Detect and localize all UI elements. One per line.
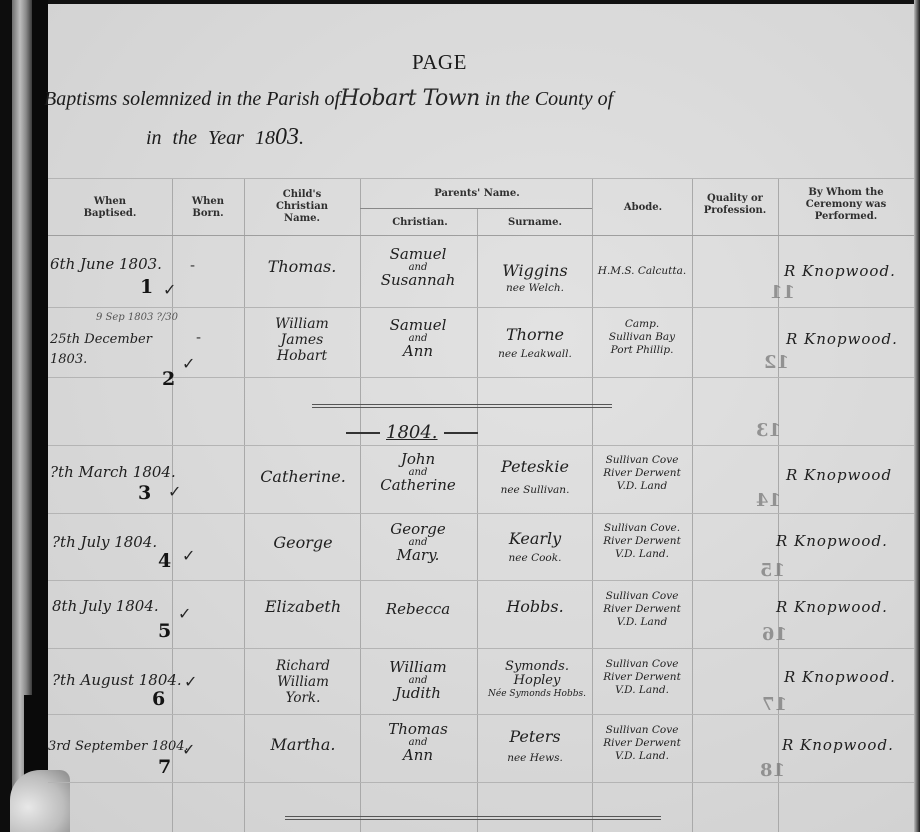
header-parents-name: Parents' Name. bbox=[392, 188, 562, 200]
col-divider bbox=[244, 178, 245, 832]
surname-note: nee Cook. bbox=[482, 552, 588, 565]
abode-line-2: River Derwent bbox=[596, 603, 688, 616]
row-rule bbox=[48, 307, 914, 308]
father-name: John bbox=[401, 450, 435, 468]
book-binding bbox=[0, 0, 12, 832]
abode: Sullivan Cove. River Derwent V.D. Land. bbox=[596, 522, 688, 561]
year-period: . bbox=[299, 127, 304, 149]
father-name: George bbox=[390, 520, 446, 538]
row-rule bbox=[48, 445, 914, 446]
entry-number: 4 bbox=[158, 550, 171, 572]
when-baptised: ?th August 1804. bbox=[52, 672, 182, 689]
bleed-through-number: 12 bbox=[764, 352, 789, 373]
header-performed-by: By Whom the Ceremony was Performed. bbox=[790, 187, 902, 223]
parents-christian: Samuel and Susannah bbox=[362, 247, 474, 288]
bleed-through-number: 13 bbox=[756, 420, 781, 441]
surname: Peteskie bbox=[482, 458, 588, 475]
bleed-through-number: 17 bbox=[762, 694, 787, 715]
performed-by: R Knopwood. bbox=[784, 262, 896, 280]
mother-name: Catherine bbox=[380, 476, 456, 494]
when-baptised: 3rd September 1804. bbox=[48, 738, 189, 755]
section-year-heading: 1804. bbox=[340, 422, 484, 443]
header-quality-profession: Quality or Profession. bbox=[697, 193, 773, 217]
father-name: Samuel bbox=[390, 316, 447, 334]
register-title: Baptisms solemnized in the Parish ofHoba… bbox=[44, 86, 613, 111]
heading-rule-left bbox=[346, 432, 380, 434]
header-when-baptised: When Baptised. bbox=[70, 196, 150, 220]
abode: Sullivan Cove River Derwent V.D. Land bbox=[596, 590, 688, 629]
abode-line-1: Camp. bbox=[596, 318, 688, 331]
parents-christian: Thomas and Ann bbox=[362, 722, 474, 763]
entry-number: 6 bbox=[152, 688, 165, 710]
child-middle-name: James bbox=[252, 332, 352, 348]
when-born: - bbox=[190, 258, 195, 274]
col-divider bbox=[692, 178, 693, 832]
when-born: - bbox=[196, 330, 201, 346]
abode-line-3: V.D. Land. bbox=[596, 684, 688, 697]
when-baptised: ?th July 1804. bbox=[52, 534, 157, 551]
year-printed: 18 bbox=[255, 127, 275, 149]
header-child-name: Child's Christian Name. bbox=[262, 189, 342, 225]
abode-line-1: Sullivan Cove bbox=[596, 454, 688, 467]
abode: Sullivan Cove River Derwent V.D. Land. bbox=[596, 658, 688, 697]
abode-line-1: Sullivan Cove. bbox=[596, 522, 688, 535]
performed-by: R Knopwood. bbox=[784, 668, 896, 686]
closing-double-rule bbox=[285, 816, 661, 820]
abode: Sullivan Cove River Derwent V.D. Land. bbox=[596, 724, 688, 763]
entry-number: 2 bbox=[162, 368, 175, 390]
header-parents-christian: Christian. bbox=[370, 217, 470, 229]
father-name: Thomas bbox=[388, 720, 448, 738]
parents-christian: Samuel and Ann bbox=[362, 318, 474, 359]
when-baptised: 8th July 1804. bbox=[52, 598, 159, 615]
header-parents-surname: Surname. bbox=[485, 217, 585, 229]
abode-line-2: River Derwent bbox=[596, 467, 688, 480]
abode-line-2: Sullivan Bay bbox=[596, 331, 688, 344]
page-gutter-tab bbox=[24, 695, 48, 775]
child-first-name: William bbox=[252, 316, 352, 332]
child-name: William James Hobart bbox=[252, 316, 352, 364]
col-divider bbox=[360, 178, 361, 832]
child-name: Martha. bbox=[250, 736, 356, 753]
surname-note: Née Symonds Hobbs. bbox=[482, 688, 592, 700]
entry-number: 3 bbox=[138, 482, 151, 504]
section-double-rule bbox=[312, 404, 612, 408]
check-mark-icon: ✓ bbox=[178, 604, 191, 623]
torn-corner bbox=[10, 770, 70, 832]
surname: Wiggins bbox=[482, 262, 588, 279]
bleed-through-number: 16 bbox=[762, 624, 787, 645]
abode-line-3: V.D. Land. bbox=[596, 750, 688, 763]
check-mark-icon: ✓ bbox=[182, 740, 195, 759]
surname-note: nee Leakwall. bbox=[482, 348, 588, 361]
mother-name: Judith bbox=[395, 684, 441, 702]
surname-note: nee Welch. bbox=[482, 282, 588, 295]
abode-line-3: V.D. Land bbox=[596, 480, 688, 493]
row-rule bbox=[48, 648, 914, 649]
entry-number: 1 bbox=[140, 276, 153, 298]
surname: Hobbs. bbox=[482, 598, 588, 615]
parish-name: Hobart Town bbox=[340, 86, 480, 111]
surname-note: nee Sullivan. bbox=[482, 484, 588, 497]
child-third-name: York. bbox=[250, 690, 356, 706]
check-mark-icon: ✓ bbox=[168, 482, 181, 501]
row-rule bbox=[48, 782, 914, 783]
when-baptised: 25th December 1803. bbox=[50, 330, 160, 370]
child-middle-name: William bbox=[250, 674, 356, 690]
abode-line-1: Sullivan Cove bbox=[596, 658, 688, 671]
child-name: George bbox=[248, 534, 358, 551]
parents-christian: George and Mary. bbox=[362, 522, 474, 563]
mother-name: Susannah bbox=[381, 271, 456, 289]
when-baptised: ?th March 1804. bbox=[50, 464, 176, 481]
father-name: Samuel bbox=[390, 245, 447, 263]
col-divider bbox=[172, 178, 173, 832]
child-name: Catherine. bbox=[248, 468, 358, 485]
heading-rule-right bbox=[444, 432, 478, 434]
mother-name: Mary. bbox=[397, 546, 440, 564]
abode-line-3: V.D. Land. bbox=[596, 548, 688, 561]
abode-line-1: Sullivan Cove bbox=[596, 590, 688, 603]
year-1804: 1804. bbox=[386, 422, 438, 443]
title-suffix: in the County of bbox=[485, 88, 613, 110]
check-mark-icon: ✓ bbox=[182, 354, 195, 373]
register-year: in the Year 1803. bbox=[146, 124, 304, 151]
check-mark-icon: ✓ bbox=[184, 672, 197, 691]
entry-number: 7 bbox=[158, 756, 171, 778]
surname-line-1: Symonds. bbox=[482, 660, 592, 674]
abode: H.M.S. Calcutta. bbox=[596, 265, 688, 278]
page-label: PAGE bbox=[412, 50, 467, 75]
child-name: Thomas. bbox=[252, 258, 352, 275]
header-top-rule bbox=[48, 178, 914, 179]
row-rule bbox=[48, 513, 914, 514]
performed-by: R Knopwood. bbox=[782, 736, 894, 754]
abode-line-1: Sullivan Cove bbox=[596, 724, 688, 737]
abode-line-2: River Derwent bbox=[596, 737, 688, 750]
bleed-through-number: 15 bbox=[760, 560, 785, 581]
child-name: Richard William York. bbox=[250, 658, 356, 706]
child-name: Elizabeth bbox=[248, 598, 358, 615]
header-when-born: When Born. bbox=[176, 196, 240, 220]
abode: Sullivan Cove River Derwent V.D. Land bbox=[596, 454, 688, 493]
performed-by: R Knopwood. bbox=[776, 598, 888, 616]
performed-by: R Knopwood bbox=[786, 466, 892, 484]
entry-number: 5 bbox=[158, 620, 171, 642]
year-prefix: in the Year bbox=[146, 127, 244, 149]
col-divider bbox=[592, 178, 593, 832]
baptised-annotation: 9 Sep 1803 ?/30 bbox=[96, 312, 178, 323]
bleed-through-number: 14 bbox=[756, 490, 781, 511]
header-bottom-rule bbox=[48, 235, 914, 236]
performed-by: R Knopwood. bbox=[786, 330, 898, 348]
mother-name: Ann bbox=[403, 342, 433, 360]
child-first-name: Richard bbox=[250, 658, 356, 674]
surname-line-2: Hopley bbox=[482, 674, 592, 688]
abode-line-2: River Derwent bbox=[596, 535, 688, 548]
parents-christian: John and Catherine bbox=[362, 452, 474, 493]
surname: Kearly bbox=[482, 530, 588, 547]
mother-name: Ann bbox=[403, 746, 433, 764]
abode-line-3: V.D. Land bbox=[596, 616, 688, 629]
mother-name: Rebecca bbox=[386, 600, 450, 618]
surname: Thorne bbox=[482, 326, 588, 343]
parents-christian: Rebecca bbox=[362, 602, 474, 617]
father-name: William bbox=[389, 658, 447, 676]
check-mark-icon: ✓ bbox=[163, 280, 176, 299]
page-right-edge bbox=[914, 0, 920, 832]
abode-line-2: River Derwent bbox=[596, 671, 688, 684]
performed-by: R Knopwood. bbox=[776, 532, 888, 550]
parents-christian: William and Judith bbox=[362, 660, 474, 701]
parents-subheader-rule bbox=[360, 208, 592, 209]
when-baptised: 6th June 1803. bbox=[50, 256, 162, 273]
register-page: PAGE Baptisms solemnized in the Parish o… bbox=[0, 0, 920, 832]
bleed-through-number: 11 bbox=[770, 282, 795, 303]
col-divider bbox=[477, 208, 478, 832]
surname-note: nee Hews. bbox=[482, 752, 588, 765]
surname: Symonds. Hopley Née Symonds Hobbs. bbox=[482, 660, 592, 700]
check-mark-icon: ✓ bbox=[182, 546, 195, 565]
header-abode: Abode. bbox=[600, 202, 686, 214]
bleed-through-number: 18 bbox=[760, 760, 785, 781]
year-handwritten: 03 bbox=[275, 124, 299, 150]
abode-line-3: Port Phillip. bbox=[596, 344, 688, 357]
row-rule bbox=[48, 377, 914, 378]
surname: Peters bbox=[482, 728, 588, 745]
title-prefix: Baptisms solemnized in the Parish of bbox=[44, 88, 340, 110]
abode: Camp. Sullivan Bay Port Phillip. bbox=[596, 318, 688, 357]
page-top-edge bbox=[0, 0, 920, 4]
child-third-name: Hobart bbox=[252, 348, 352, 364]
